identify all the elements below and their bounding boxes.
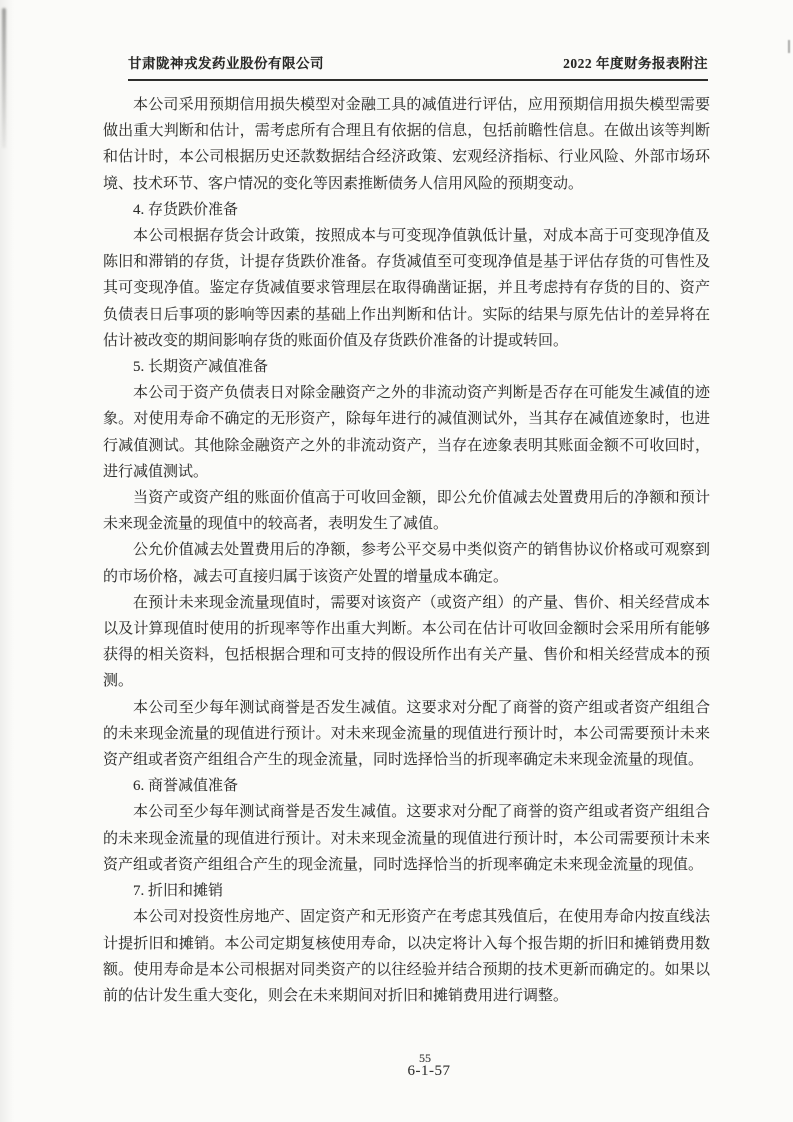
body-paragraph: 本公司至少每年测试商誉是否发生减值。这要求对分配了商誉的资产组或者资产组组合的未… — [103, 695, 710, 774]
page-code: 6-1-57 — [367, 1064, 491, 1079]
body-paragraph: 在预计未来现金流量现值时，需要对该资产（或资产组）的产量、售价、相关经营成本以及… — [103, 590, 710, 695]
body-paragraph: 本公司对投资性房地产、固定资产和无形资产在考虑其残值后，在使用寿命内按直线法计提… — [103, 904, 710, 1009]
header-company-name: 甘肃陇神戎发药业股份有限公司 — [128, 52, 324, 72]
body-paragraph: 本公司至少每年测试商誉是否发生减值。这要求对分配了商誉的资产组或者资产组组合的未… — [103, 799, 710, 878]
scan-edge-artifact — [2, 8, 6, 148]
section-heading-longterm-asset-impairment: 5. 长期资产减值准备 — [103, 354, 710, 380]
body-paragraph: 当资产或资产组的账面价值高于可收回金额，即公允价值减去处置费用后的净额和预计未来… — [103, 485, 710, 537]
document-body: 本公司采用预期信用损失模型对金融工具的减值进行评估，应用预期信用损失模型需要做出… — [103, 92, 710, 1009]
section-heading-goodwill-impairment: 6. 商誉减值准备 — [103, 773, 710, 799]
section-heading-inventory-provision: 4. 存货跌价准备 — [103, 197, 710, 223]
header-doc-title: 2022 年度财务报表附注 — [563, 52, 708, 72]
section-heading-depreciation-amortization: 7. 折旧和摊销 — [103, 878, 710, 904]
body-paragraph: 本公司根据存货会计政策，按照成本与可变现净值孰低计量，对成本高于可变现净值及陈旧… — [103, 223, 710, 354]
page-footer: 55 6-1-57 — [367, 1052, 491, 1079]
document-page: 甘肃陇神戎发药业股份有限公司 2022 年度财务报表附注 本公司采用预期信用损失… — [0, 0, 793, 1122]
body-paragraph: 公允价值减去处置费用后的净额，参考公平交易中类似资产的销售协议价格或可观察到的市… — [103, 537, 710, 589]
scan-corner-artifact — [788, 40, 790, 53]
page-header: 甘肃陇神戎发药业股份有限公司 2022 年度财务报表附注 — [128, 52, 708, 81]
page-number: 55 — [363, 1052, 487, 1064]
body-paragraph: 本公司采用预期信用损失模型对金融工具的减值进行评估，应用预期信用损失模型需要做出… — [103, 92, 710, 197]
body-paragraph: 本公司于资产负债表日对除金融资产之外的非流动资产判断是否存在可能发生减值的迹象。… — [103, 380, 710, 485]
